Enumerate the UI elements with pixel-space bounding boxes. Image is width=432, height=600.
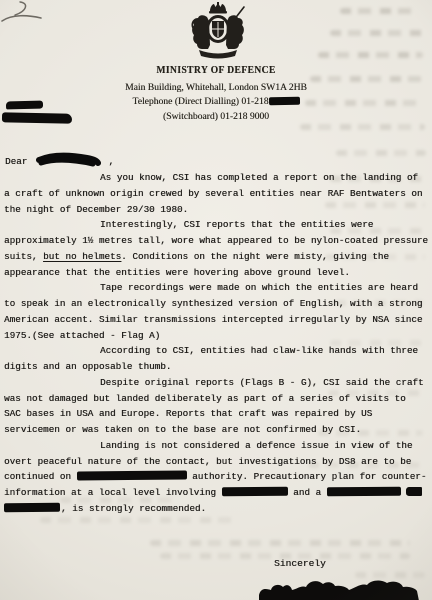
body-line: information at a local level involving a…	[4, 485, 430, 501]
bleed-streak	[40, 517, 240, 523]
body-line: Despite original reports (Flags B - G), …	[4, 375, 430, 391]
redaction-recipient-name	[35, 152, 101, 168]
redaction-involved-party-3	[4, 503, 60, 512]
bleed-streak	[330, 30, 425, 36]
letterhead-address: Main Building, Whitehall, London SW1A 2H…	[0, 82, 432, 93]
body-text: . Conditions on the night were misty, gi…	[121, 251, 389, 262]
body-line: was not damaged but landed deliberately …	[4, 391, 430, 407]
body-line: approximately 1½ metres tall, wore what …	[4, 233, 430, 249]
handwritten-pen-mark	[0, 0, 50, 30]
body-line: overt peaceful nature of the contact, bu…	[4, 454, 430, 470]
redaction-involved-party-2-tail	[406, 487, 422, 496]
redaction-involved-party-1	[222, 487, 288, 497]
body-line: appearance that the entities were hoveri…	[4, 265, 430, 281]
letterhead-phone-direct: Telephone (Direct Dialling) 01-218	[0, 96, 432, 107]
body-line: servicemen or was taken on to the base a…	[4, 422, 430, 438]
bleed-streak	[300, 124, 425, 130]
redaction-signature	[257, 577, 432, 600]
bleed-streak	[150, 540, 410, 546]
phone-direct-text: Telephone (Direct Dialling) 01-218	[133, 96, 269, 107]
body-text: continued on	[4, 471, 77, 482]
body-text: and a	[288, 487, 327, 498]
body-line: 1975.(See attached - Flag A)	[4, 328, 430, 344]
body-line: Landing is not considered a defence issu…	[4, 438, 430, 454]
royal-crest-icon	[189, 2, 247, 59]
body-line: Interestingly, CSI reports that the enti…	[4, 217, 430, 233]
body-text: , is strongly recommended.	[61, 503, 206, 514]
body-line: digits and an opposable thumb.	[4, 359, 430, 375]
body-line: As you know, CSI has completed a report …	[4, 170, 430, 186]
salutation: Dear ,	[5, 152, 114, 169]
bleed-streak	[340, 8, 420, 14]
body-line: SAC bases in USA and Europe. Reports tha…	[4, 406, 430, 422]
body-line: According to CSI, entities had claw-like…	[4, 343, 430, 359]
body-line: suits, but no helmets. Conditions on the…	[4, 249, 430, 265]
closing-sincerely: Sincerely	[274, 558, 326, 569]
redaction-involved-party-2	[327, 487, 401, 497]
underlined-text: but no helmets	[43, 251, 121, 262]
letterhead-title: MINISTRY OF DEFENCE	[9, 65, 424, 76]
bleed-streak	[318, 52, 423, 58]
body-line: , is strongly recommended.	[4, 501, 430, 517]
body-line: continued on authority. Precautionary pl…	[4, 469, 430, 485]
scanned-mod-letter: MINISTRY OF DEFENCE Main Building, White…	[0, 0, 432, 600]
body-line: American accent. Similar transmissions i…	[4, 312, 430, 328]
body-line: Tape recordings were made on which the e…	[4, 280, 430, 296]
redaction-authority	[76, 471, 186, 481]
body-line: to speak in an electronically synthesize…	[4, 296, 430, 312]
body-text: information at a local level involving	[4, 487, 222, 498]
body-text: authority. Precautionary plan for counte…	[187, 471, 427, 482]
body-line: the night of December 29/30 1980.	[4, 202, 430, 218]
salutation-dear: Dear	[5, 156, 33, 167]
redaction-reference-line-2	[2, 112, 72, 123]
salutation-comma: ,	[103, 156, 114, 167]
body-text: suits,	[4, 251, 43, 262]
redaction-phone-extension	[268, 97, 299, 106]
bleed-streak	[336, 150, 426, 156]
body-line: a craft of unknown origin crewed by seve…	[4, 186, 430, 202]
letter-body: As you know, CSI has completed a report …	[4, 170, 430, 517]
redaction-reference-line-1	[6, 101, 43, 110]
